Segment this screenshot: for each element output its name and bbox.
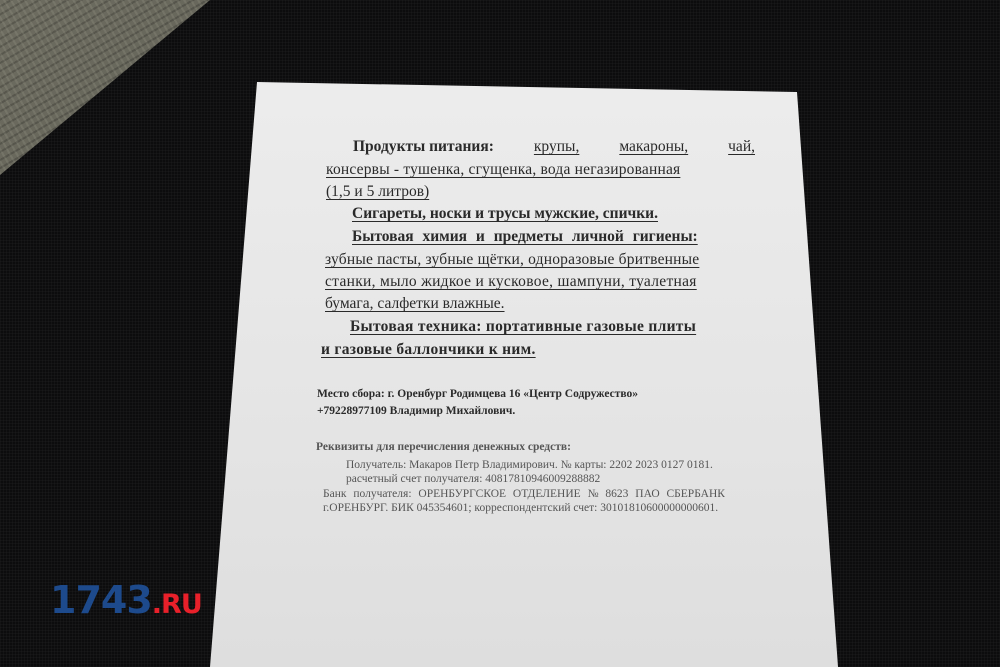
food-line-1: Продукты питания: крупы, макароны, чай, [353,136,755,158]
food-heading: Продукты питания: [353,136,494,158]
logo-domain: .RU [152,589,202,620]
requisites-bank-details: г.ОРЕНБУРГ. БИК 045354601; корреспондент… [323,501,718,516]
appliances-line-2: и газовые баллончики к ним. [321,339,536,361]
hygiene-line-2: станки, мыло жидкое и кусковое, шампуни,… [325,271,697,293]
food-item: чай, [728,136,755,158]
hygiene-line-1: зубные пасты, зубные щётки, одноразовые … [325,249,699,271]
watermark-logo: 1743.RU [50,578,202,622]
food-line-2: консервы - тушенка, сгущенка, вода негаз… [326,159,680,181]
requisites-recipient: Получатель: Макаров Петр Владимирович. №… [346,458,713,473]
cigarettes-line: Сигареты, носки и трусы мужские, спички. [352,203,658,225]
requisites-account: расчетный счет получателя: 4081781094600… [346,472,600,487]
hygiene-line-3: бумага, салфетки влажные. [325,293,505,315]
food-item: макароны, [619,136,688,158]
logo-number: 1743 [50,578,152,622]
food-item: крупы, [534,136,579,158]
food-line-3: (1,5 и 5 литров) [326,181,429,203]
requisites-bank: Банк получателя: ОРЕНБУРГСКОЕ ОТДЕЛЕНИЕ … [323,487,725,502]
meeting-place: Место сбора: г. Оренбург Родимцева 16 «Ц… [317,387,638,402]
hygiene-heading: Бытовая химия и предметы личной гигиены: [352,226,698,248]
appliances-line-1: Бытовая техника: портативные газовые пли… [350,316,696,338]
contact-phone: +79228977109 Владимир Михайлович. [317,404,515,419]
requisites-heading: Реквизиты для перечисления денежных сред… [316,440,571,455]
